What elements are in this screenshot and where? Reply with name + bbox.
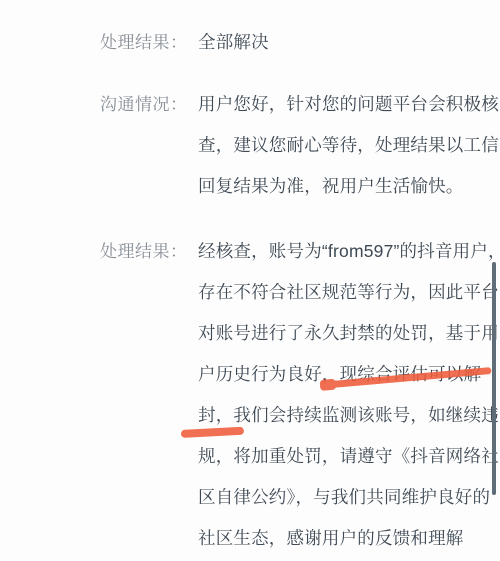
text-line: 全部解决 — [198, 22, 488, 63]
field-label-result: 处理结果： — [100, 22, 195, 63]
text-line: 存在不符合社区规范等行为，因此平台 — [198, 272, 488, 313]
text-line: 经核查，账号为“from597”的抖音用户， — [198, 231, 488, 272]
text-line: 查，建议您耐心等待，处理结果以工信 — [198, 125, 488, 166]
scrollbar-thumb[interactable] — [492, 262, 496, 495]
text-line: 用户您好，针对您的问题平台会积极核 — [198, 84, 488, 125]
text-line: 社区生态，感谢用户的反馈和理解 — [198, 518, 488, 559]
text-line: 规，将加重处罚，请遵守《抖音网络社 — [198, 436, 488, 477]
field-label-result-detail: 处理结果： — [100, 231, 195, 272]
field-value-communication: 用户您好，针对您的问题平台会积极核 查，建议您耐心等待，处理结果以工信 回复结果… — [198, 84, 488, 207]
field-value-result-detail: 经核查，账号为“from597”的抖音用户， 存在不符合社区规范等行为，因此平台… — [198, 231, 488, 559]
text-line: 封，我们会持续监测该账号，如继续违 — [198, 395, 488, 436]
complaint-detail-page: 处理结果： 全部解决 沟通情况： 用户您好，针对您的问题平台会积极核 查，建议您… — [0, 0, 500, 561]
text-line: 回复结果为准，祝用户生活愉快。 — [198, 166, 488, 207]
text-line: 户历史行为良好，现综合评估可以解 — [198, 354, 488, 395]
text-line: 对账号进行了永久封禁的处罚，基于用 — [198, 313, 488, 354]
field-value-result: 全部解决 — [198, 22, 488, 63]
field-label-communication: 沟通情况： — [100, 84, 195, 125]
text-line: 区自律公约》，与我们共同维护良好的 — [198, 477, 488, 518]
